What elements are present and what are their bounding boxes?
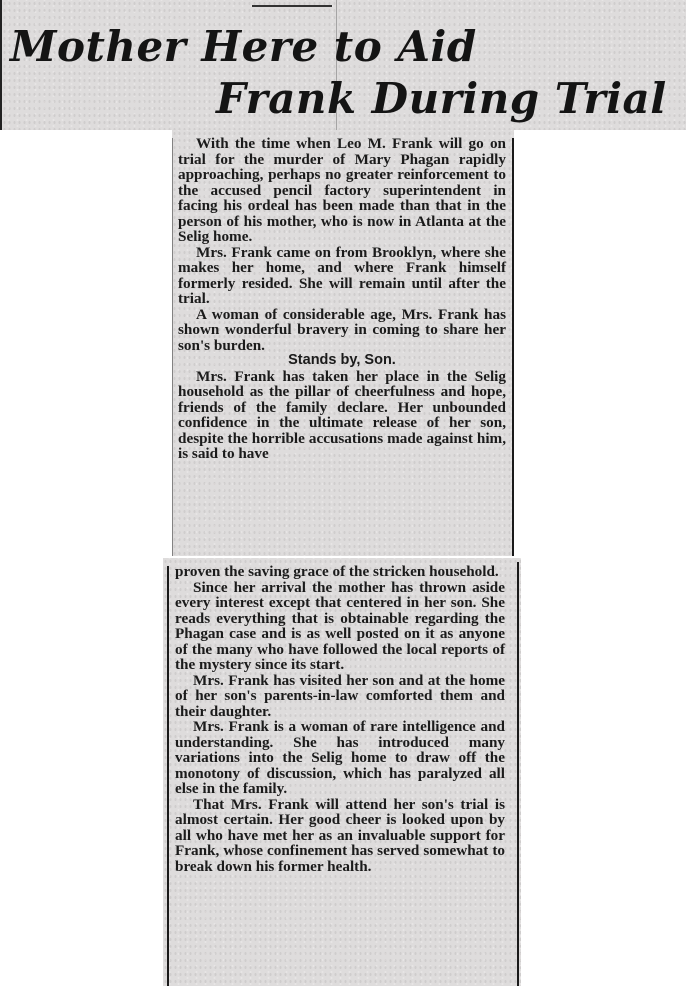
paragraph: Mrs. Frank is a woman of rare intelligen… bbox=[175, 719, 505, 797]
headline-line-2: Frank During Trial bbox=[216, 74, 667, 123]
paragraph-continued: proven the saving grace of the stricken … bbox=[175, 564, 505, 580]
paragraph: Since her arrival the mother has thrown … bbox=[175, 580, 505, 673]
paragraph: A woman of considerable age, Mrs. Frank … bbox=[178, 307, 506, 354]
subheading: Stands by, Son. bbox=[178, 353, 506, 369]
paragraph: Mrs. Frank has visited her son and at th… bbox=[175, 673, 505, 720]
headline-block: Mother Here to Aid Frank During Trial bbox=[0, 0, 686, 130]
paragraph: Mrs. Frank has taken her place in the Se… bbox=[178, 369, 506, 462]
paragraph: Mrs. Frank came on from Brooklyn, where … bbox=[178, 245, 506, 307]
top-rule bbox=[252, 5, 332, 7]
article-column-2: proven the saving grace of the stricken … bbox=[163, 558, 521, 986]
paragraph: That Mrs. Frank will attend her son's tr… bbox=[175, 797, 505, 875]
headline-line-1: Mother Here to Aid bbox=[10, 22, 477, 71]
paragraph: With the time when Leo M. Frank will go … bbox=[178, 136, 506, 245]
article-column-1: With the time when Leo M. Frank will go … bbox=[172, 130, 514, 556]
